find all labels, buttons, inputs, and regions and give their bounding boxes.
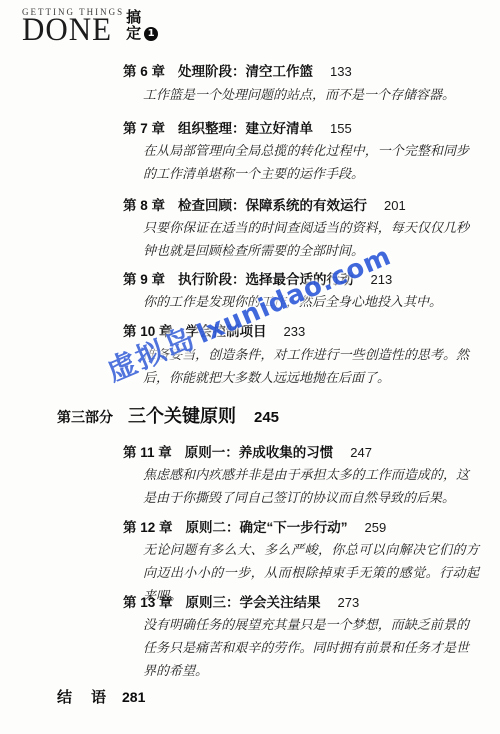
toc-entry-ch11: 第 11 章原则一：养成收集的习惯247 [123, 441, 372, 461]
chapter-summary-ch10: 准备妥当，创造条件，对工作进行一些创造性的思考。然后，你能就把大多数人远远地抛在… [143, 344, 469, 390]
chapter-title: 处理阶段：清空工作篮 [178, 64, 313, 79]
chapter-summary-ch13: 没有明确任务的展望充其量只是一个梦想，而缺乏前景的任务只是痛苦和艰辛的劳作。同时… [143, 614, 469, 683]
book-toc-page: GETTING THINGS DONE 搞 定 1 第 6 章处理阶段：清空工作… [0, 0, 500, 734]
chapter-page-number: 233 [284, 324, 306, 339]
book-logo: GETTING THINGS DONE 搞 定 1 [22, 7, 158, 42]
chapter-summary-ch9: 你的工作是发现你的工作，然后全身心地投入其中。 [143, 291, 469, 314]
toc-entry-ch10: 第 10 章学会控制项目233 [123, 320, 305, 340]
logo-title: DONE [22, 16, 124, 42]
logo-chinese-title: 搞 定 [126, 10, 141, 42]
part-label: 第三部分 [57, 409, 113, 425]
chapter-summary-ch8: 只要你保证在适当的时间查阅适当的资料，每天仅仅几秒钟也就是回顾检查所需要的全部时… [143, 217, 469, 263]
chapter-page-number: 213 [371, 272, 393, 287]
chapter-page-number: 247 [350, 445, 372, 460]
chapter-title: 组织整理：建立好清单 [178, 121, 313, 136]
toc-entry-ch8: 第 8 章检查回顾：保障系统的有效运行201 [123, 194, 406, 214]
chapter-title: 检查回顾：保障系统的有效运行 [178, 198, 367, 213]
logo-cn-char-bottom: 定 [126, 26, 141, 42]
chapter-label: 第 11 章 [123, 445, 172, 460]
logo-cn-char-top: 搞 [126, 10, 141, 26]
chapter-title: 原则三：学会关注结果 [186, 595, 321, 610]
chapter-page-number: 133 [330, 64, 352, 79]
epilogue-entry: 结 语281 [57, 686, 145, 707]
chapter-label: 第 8 章 [123, 198, 165, 213]
chapter-page-number: 155 [330, 121, 352, 136]
chapter-label: 第 6 章 [123, 64, 165, 79]
part-heading: 第三部分三个关键原则245 [57, 402, 279, 428]
toc-entry-ch13: 第 13 章原则三：学会关注结果273 [123, 591, 359, 611]
chapter-summary-ch7: 在从局部管理向全局总揽的转化过程中，一个完整和同步的工作清单堪称一个主要的运作手… [143, 140, 469, 186]
chapter-title: 执行阶段：选择最合适的行动 [178, 272, 354, 287]
chapter-label: 第 13 章 [123, 595, 173, 610]
chapter-label: 第 10 章 [123, 324, 173, 339]
chapter-page-number: 273 [338, 595, 360, 610]
chapter-title: 原则一：养成收集的习惯 [185, 445, 334, 460]
toc-entry-ch7: 第 7 章组织整理：建立好清单155 [123, 117, 352, 137]
chapter-title: 学会控制项目 [186, 324, 267, 339]
chapter-label: 第 9 章 [123, 272, 165, 287]
chapter-summary-ch11: 焦虑感和内疚感并非是由于承担太多的工作而造成的，这是由于你撕毁了同自己签订的协议… [143, 464, 469, 510]
toc-entry-ch9: 第 9 章执行阶段：选择最合适的行动213 [123, 268, 392, 288]
toc-entry-ch12: 第 12 章原则二：确定“下一步行动”259 [123, 516, 386, 536]
volume-badge: 1 [144, 27, 158, 41]
chapter-page-number: 259 [365, 520, 387, 535]
epilogue-page-number: 281 [122, 689, 145, 705]
chapter-label: 第 12 章 [123, 520, 173, 535]
logo-english: GETTING THINGS DONE [22, 7, 124, 42]
chapter-summary-ch6: 工作篮是一个处理问题的站点，而不是一个存储容器。 [143, 84, 469, 107]
chapter-title: 原则二：确定“下一步行动” [186, 520, 348, 535]
part-title: 三个关键原则 [128, 406, 236, 426]
epilogue-label: 结 语 [57, 689, 108, 706]
chapter-page-number: 201 [384, 198, 406, 213]
part-page-number: 245 [254, 409, 279, 426]
toc-entry-ch6: 第 6 章处理阶段：清空工作篮133 [123, 60, 352, 80]
chapter-label: 第 7 章 [123, 121, 165, 136]
